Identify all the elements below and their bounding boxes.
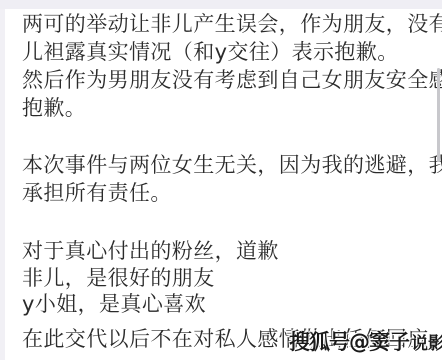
post-line: y小姐，是真心喜欢 bbox=[22, 291, 206, 317]
watermark-suffix: 说影视 bbox=[411, 329, 442, 354]
post-line: 对于真心付出的粉丝，道歉 bbox=[22, 238, 279, 264]
top-strip bbox=[0, 0, 442, 9]
watermark-main: 搜狐号@窦子 bbox=[289, 326, 409, 356]
scroll-thumb[interactable] bbox=[437, 68, 440, 162]
post-line: 本次事件与两位女生无关，因为我的逃避，我愿意 bbox=[22, 152, 442, 178]
post-line: 承担所有责任。 bbox=[22, 180, 172, 206]
watermark: 搜狐号@窦子 说影视 bbox=[289, 326, 442, 356]
screenshot-frame: 两可的举动让非儿产生误会，作为朋友，没有向非 儿袒露真实情况（和y交往）表示抱歉… bbox=[0, 0, 442, 360]
post-line: 非儿，是很好的朋友 bbox=[22, 265, 215, 291]
post-content: 两可的举动让非儿产生误会，作为朋友，没有向非 儿袒露真实情况（和y交往）表示抱歉… bbox=[5, 9, 442, 360]
vertical-scrollbar[interactable] bbox=[436, 9, 442, 360]
post-line: 儿袒露真实情况（和y交往）表示抱歉。 bbox=[22, 39, 399, 65]
post-line: 抱歉。 bbox=[22, 95, 86, 121]
post-line: 两可的举动让非儿产生误会，作为朋友，没有向非 bbox=[22, 11, 442, 37]
post-line: 然后作为男朋友没有考虑到自己女朋友安全感表示 bbox=[22, 67, 442, 93]
